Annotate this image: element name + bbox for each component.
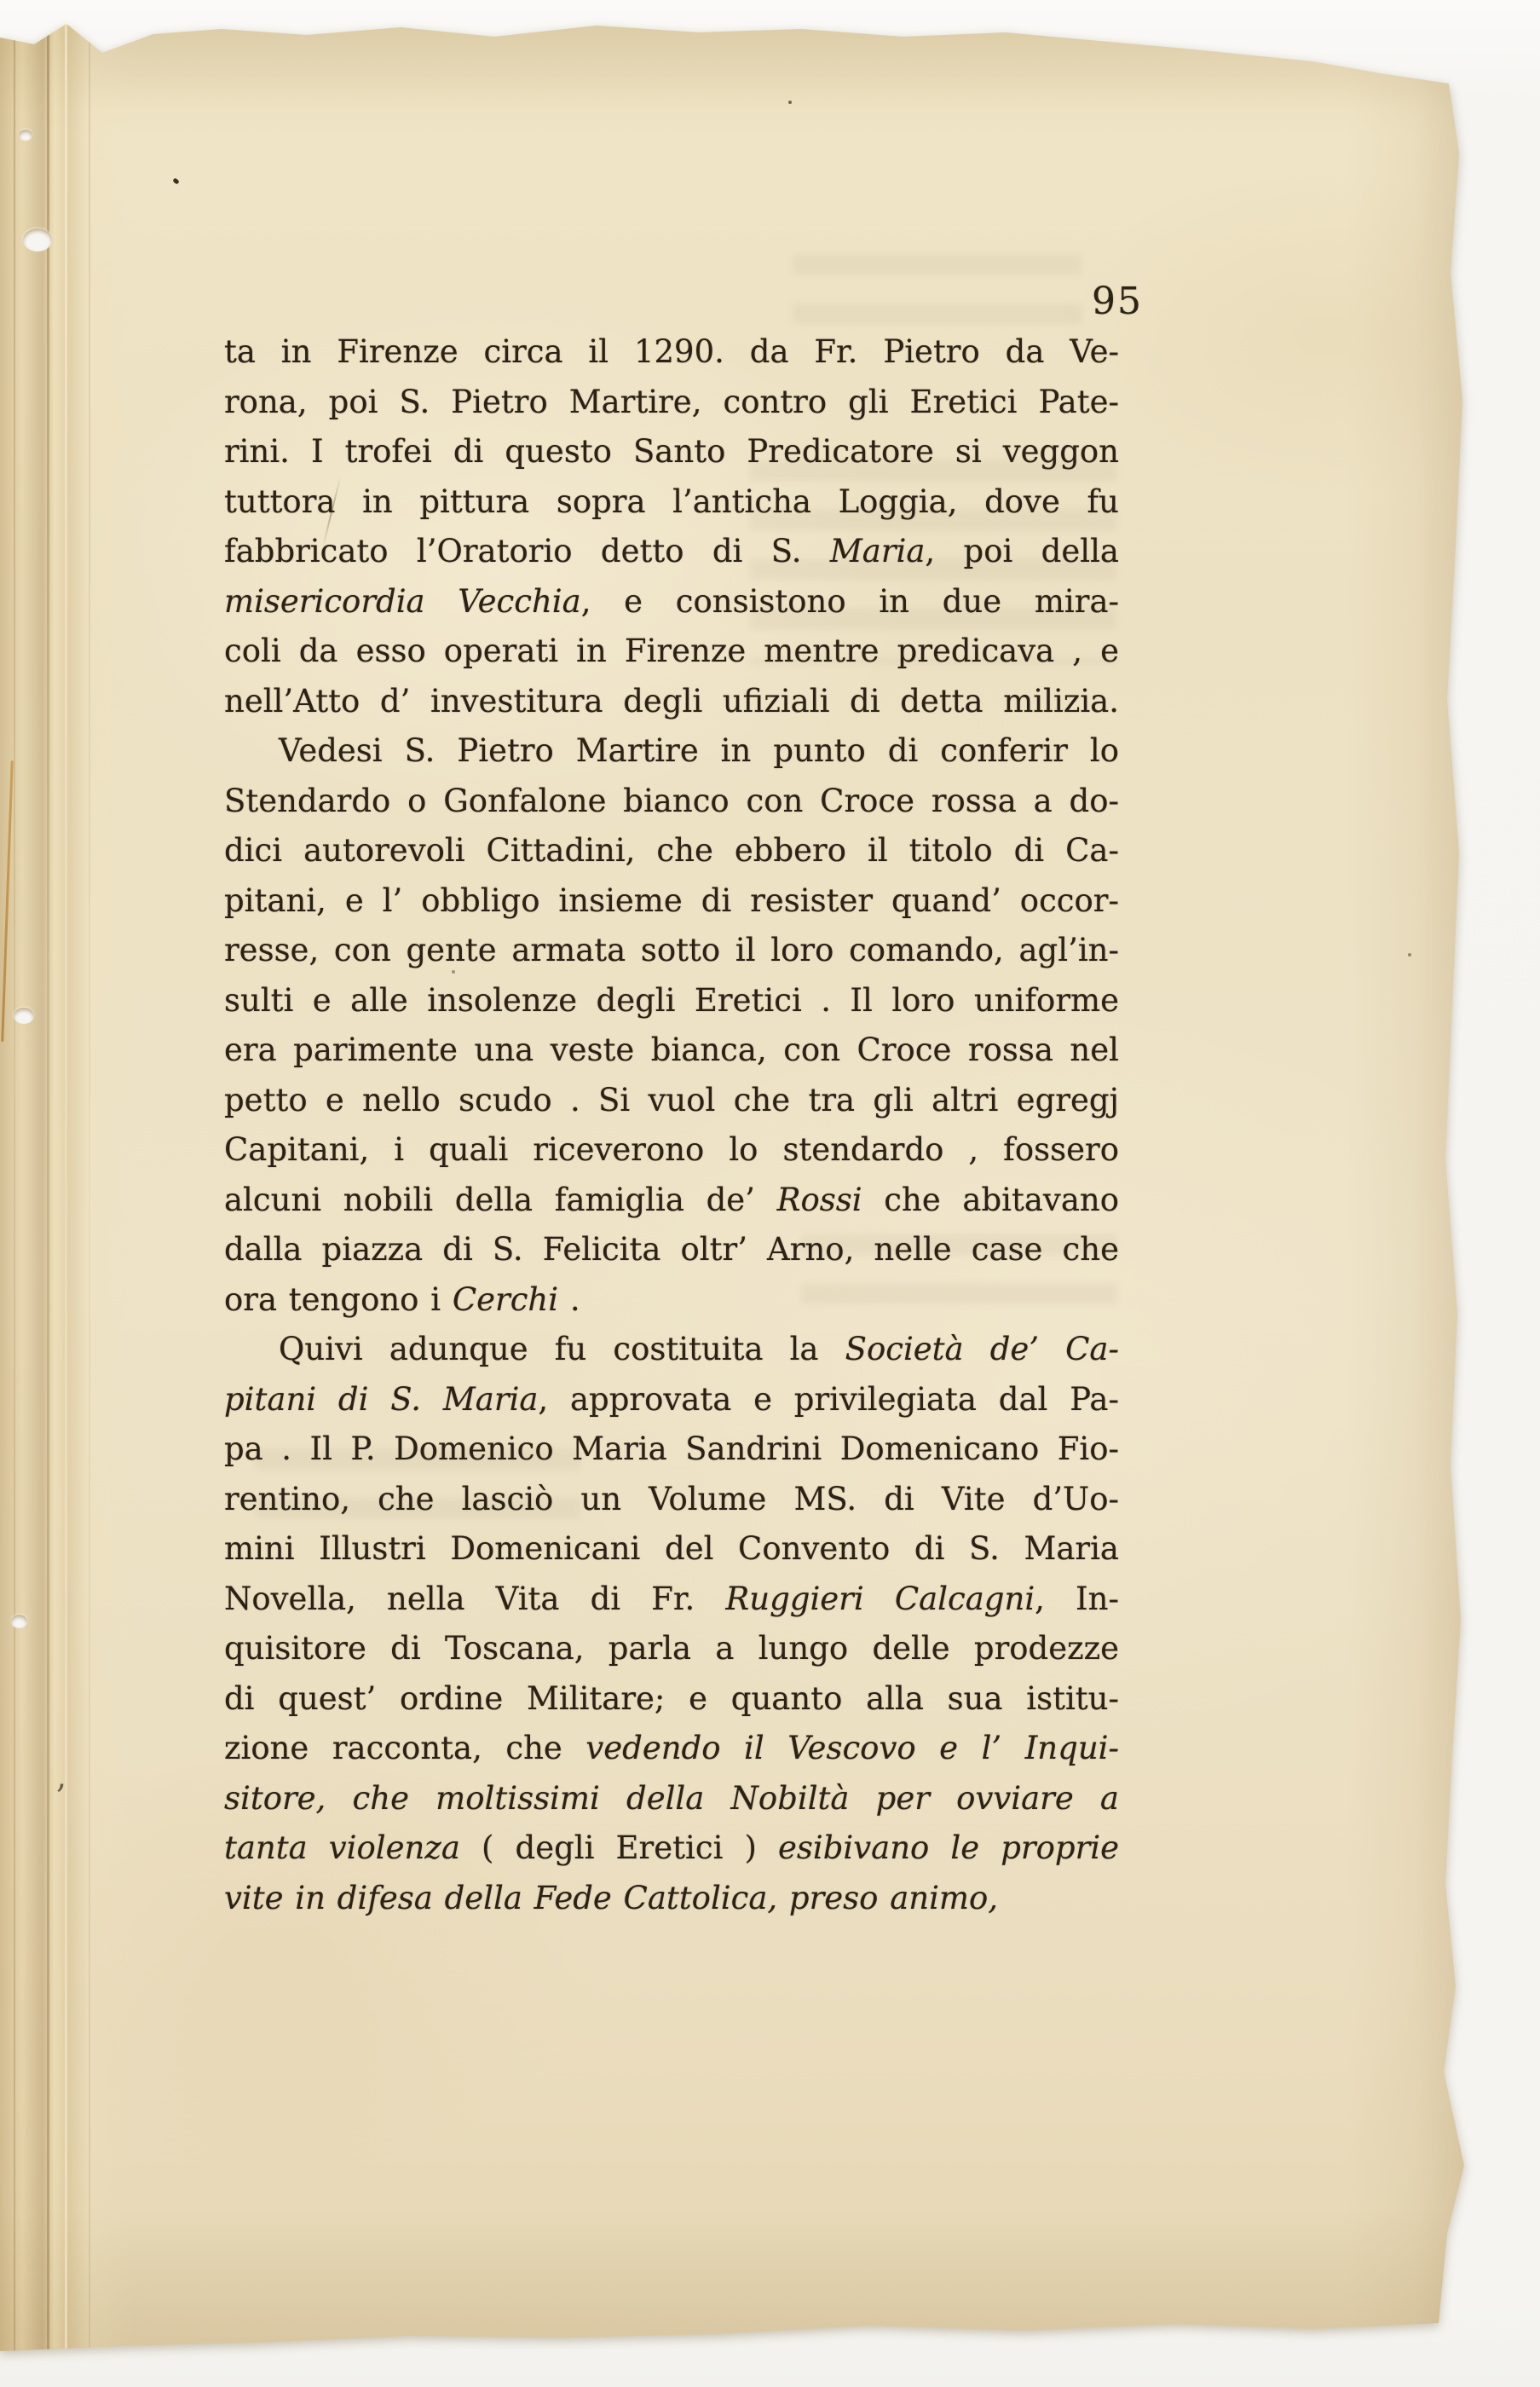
text-run: petto e nello scudo . Si vuol che tra gl… xyxy=(224,1082,1119,1118)
stray-mark: , xyxy=(56,1758,66,1795)
text-line: dalla piazza di S. Felicita oltr’ Arno, … xyxy=(224,1225,1119,1275)
text-line: sulti e alle insolenze degli Eretici . I… xyxy=(224,976,1119,1026)
text-line: sitore, che moltissimi della Nobiltà per… xyxy=(224,1774,1119,1824)
text-run: nell’Atto d’ investitura degli ufiziali … xyxy=(224,683,1119,720)
text-line: alcuni nobili della famiglia de’ Rossi c… xyxy=(224,1176,1119,1226)
text-run: Stendardo o Gonfalone bianco con Croce r… xyxy=(224,783,1119,819)
text-run: , approvata e privilegiata dal Pa- xyxy=(538,1381,1119,1418)
text-run: pa . Il P. Domenico Maria Sandrini Domen… xyxy=(224,1430,1119,1467)
text-line: dici autorevoli Cittadini, che ebbero il… xyxy=(224,826,1119,876)
paper-top-shade xyxy=(0,0,1540,111)
text-run-italic: Cerchi xyxy=(453,1281,558,1318)
text-run: ora tengono i xyxy=(224,1281,453,1318)
text-run: che abitavano xyxy=(862,1182,1119,1218)
text-run: , poi della xyxy=(925,533,1119,569)
text-line: petto e nello scudo . Si vuol che tra gl… xyxy=(224,1076,1119,1126)
dust-speck xyxy=(1408,953,1411,957)
text-run-italic: sitore, che moltissimi della Nobiltà per… xyxy=(224,1780,1119,1817)
text-run: coli da esso operati in Firenze mentre p… xyxy=(224,633,1119,669)
binding-crease xyxy=(89,0,90,2387)
text-run-italic: vedendo il Vescovo e l’ Inqui- xyxy=(585,1730,1119,1766)
paper-sheet: 95 , ta in Firenze circa il 1290. da Fr.… xyxy=(0,0,1540,2387)
text-run: Quivi adunque fu costituita la xyxy=(279,1331,845,1367)
text-run: . xyxy=(558,1281,580,1318)
text-line: coli da esso operati in Firenze mentre p… xyxy=(224,627,1119,677)
text-line: ta in Firenze circa il 1290. da Fr. Piet… xyxy=(224,327,1119,378)
text-run: alcuni nobili della famiglia de’ xyxy=(224,1182,777,1218)
text-run-italic: tanta violenza xyxy=(224,1829,460,1866)
text-line: Novella, nella Vita di Fr. Ruggieri Calc… xyxy=(224,1575,1119,1625)
binding-crease xyxy=(14,0,15,2387)
text-line: tanta violenza ( degli Eretici ) esibiva… xyxy=(224,1823,1119,1874)
text-run-italic: pitani di S. Maria xyxy=(224,1381,538,1418)
text-run: fabbricato l’Oratorio detto di S. xyxy=(224,533,830,569)
text-run: tuttora in pittura sopra l’anticha Loggi… xyxy=(224,483,1119,520)
page-number: 95 xyxy=(224,281,1143,322)
body-text: ta in Firenze circa il 1290. da Fr. Piet… xyxy=(224,327,1119,1923)
text-run-italic: Società de’ Ca- xyxy=(845,1331,1119,1367)
text-run: sulti e alle insolenze degli Eretici . I… xyxy=(224,982,1119,1019)
text-run: dici autorevoli Cittadini, che ebbero il… xyxy=(224,832,1119,869)
text-run: , In- xyxy=(1035,1581,1119,1617)
stitch-hole xyxy=(14,1008,34,1024)
text-run: Vedesi S. Pietro Martire in punto di con… xyxy=(279,732,1119,769)
text-line: ora tengono i Cerchi . xyxy=(224,1275,1119,1326)
text-line: era parimente una veste bianca, con Croc… xyxy=(224,1026,1119,1076)
text-line: misericordia Vecchia, e consistono in du… xyxy=(224,577,1119,627)
text-run: ta in Firenze circa il 1290. da Fr. Piet… xyxy=(224,333,1119,370)
text-line: resse, con gente armata sotto il loro co… xyxy=(224,926,1119,976)
text-line: rona, poi S. Pietro Martire, contro gli … xyxy=(224,378,1119,428)
text-run: zione racconta, che xyxy=(224,1730,585,1766)
text-run: resse, con gente armata sotto il loro co… xyxy=(224,932,1119,968)
text-line: pa . Il P. Domenico Maria Sandrini Domen… xyxy=(224,1425,1119,1475)
text-line: fabbricato l’Oratorio detto di S. Maria,… xyxy=(224,527,1119,577)
stitch-hole xyxy=(23,228,52,251)
text-run-italic: misericordia Vecchia xyxy=(224,583,581,620)
paper-fiber xyxy=(1,760,14,1042)
text-run-italic: Rossi xyxy=(777,1182,862,1218)
text-line: rini. I trofei di questo Santo Predicato… xyxy=(224,427,1119,477)
stitch-hole xyxy=(11,1615,27,1628)
text-run: quisitore di Toscana, parla a lungo dell… xyxy=(224,1630,1119,1667)
scanned-page: 95 , ta in Firenze circa il 1290. da Fr.… xyxy=(0,0,1540,2387)
binding-crease xyxy=(65,0,67,2387)
text-line: rentino, che lasciò un Volume MS. di Vit… xyxy=(224,1475,1119,1525)
text-line: Capitani, i quali riceverono lo stendard… xyxy=(224,1125,1119,1176)
text-line: Vedesi S. Pietro Martire in punto di con… xyxy=(224,726,1119,777)
text-run-italic: esibivano le proprie xyxy=(778,1829,1119,1866)
text-run-italic: Ruggieri Calcagni xyxy=(725,1581,1035,1617)
text-run: Novella, nella Vita di Fr. xyxy=(224,1581,725,1617)
stitch-hole xyxy=(19,130,32,141)
paper-right-shade xyxy=(1342,0,1466,2387)
text-line: pitani di S. Maria, approvata e privileg… xyxy=(224,1375,1119,1425)
text-run: mini Illustri Domenicani del Convento di… xyxy=(224,1530,1119,1567)
dust-speck xyxy=(788,101,792,104)
text-run: Capitani, i quali riceverono lo stendard… xyxy=(224,1131,1119,1168)
text-line: quisitore di Toscana, parla a lungo dell… xyxy=(224,1624,1119,1674)
text-line: mini Illustri Domenicani del Convento di… xyxy=(224,1524,1119,1575)
text-line: zione racconta, che vedendo il Vescovo e… xyxy=(224,1724,1119,1774)
text-line: pitani, e l’ obbligo insieme di resister… xyxy=(224,876,1119,927)
text-line: tuttora in pittura sopra l’anticha Loggi… xyxy=(224,477,1119,528)
text-run-italic: Maria xyxy=(830,533,926,569)
text-run: pitani, e l’ obbligo insieme di resister… xyxy=(224,882,1119,919)
text-line: Stendardo o Gonfalone bianco con Croce r… xyxy=(224,777,1119,827)
text-line: vite in difesa della Fede Cattolica, pre… xyxy=(224,1874,1119,1924)
text-line: Quivi adunque fu costituita la Società d… xyxy=(224,1325,1119,1375)
dust-speck xyxy=(172,177,180,184)
text-run: ( degli Eretici ) xyxy=(460,1829,778,1866)
text-run: era parimente una veste bianca, con Croc… xyxy=(224,1032,1119,1068)
text-run: rona, poi S. Pietro Martire, contro gli … xyxy=(224,384,1119,420)
text-line: nell’Atto d’ investitura degli ufiziali … xyxy=(224,677,1119,727)
text-run: dalla piazza di S. Felicita oltr’ Arno, … xyxy=(224,1231,1119,1268)
text-run: rentino, che lasciò un Volume MS. di Vit… xyxy=(224,1481,1119,1517)
text-run: rini. I trofei di questo Santo Predicato… xyxy=(224,433,1119,470)
text-run: , e consistono in due mira- xyxy=(581,583,1119,620)
paper-surface: 95 , ta in Firenze circa il 1290. da Fr.… xyxy=(0,0,1540,2387)
binding-crease xyxy=(47,0,49,2387)
paper-bottom-shade xyxy=(0,2208,1540,2353)
text-run-italic: vite in difesa della Fede Cattolica, pre… xyxy=(224,1880,998,1916)
binding-edge xyxy=(0,0,136,2387)
text-line: di quest’ ordine Militare; e quanto alla… xyxy=(224,1674,1119,1725)
text-run: di quest’ ordine Militare; e quanto alla… xyxy=(224,1680,1119,1717)
